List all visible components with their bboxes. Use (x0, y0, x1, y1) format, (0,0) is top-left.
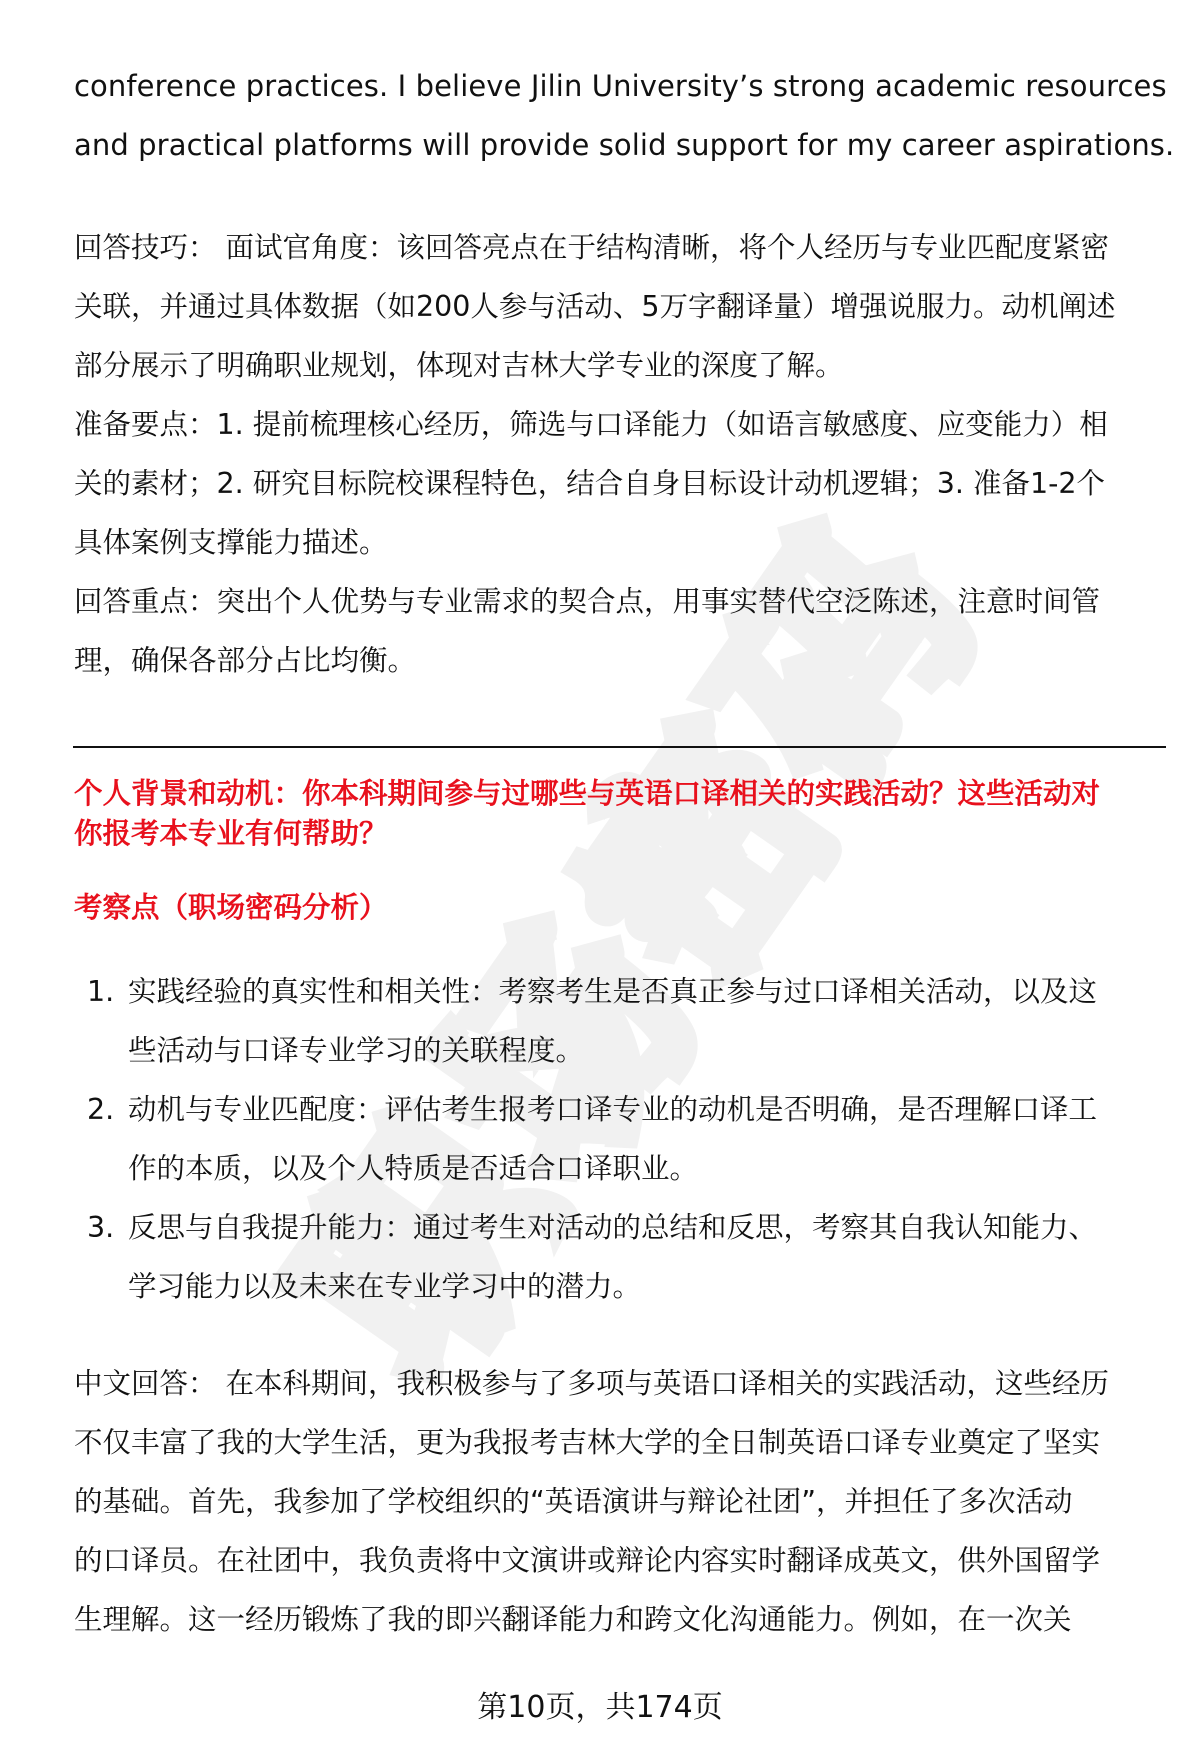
list-item-text: 动机与专业匹配度：评估考生报考口译专业的动机是否明确，是否理解口译工 (128, 1092, 1097, 1128)
list-item-text: 作的本质，以及个人特质是否适合口译职业。 (128, 1151, 698, 1187)
question-heading-line: 个人背景和动机：你本科期间参与过哪些与英语口译相关的实践活动？这些活动对 (74, 776, 1100, 812)
list-item-text: 些活动与口译专业学习的关联程度。 (128, 1033, 584, 1069)
list-item-text: 反思与自我提升能力：通过考生对活动的总结和反思，考察其自我认知能力、 (128, 1210, 1097, 1246)
question-heading-line: 你报考本专业有何帮助？ (74, 816, 388, 852)
section-divider (73, 746, 1166, 748)
answer-focus-line: 回答重点：突出个人优势与专业需求的契合点，用事实替代空泛陈述，注意时间管 (74, 584, 1100, 620)
chinese-answer-line: 生理解。这一经历锻炼了我的即兴翻译能力和跨文化沟通能力。例如，在一次关 (74, 1602, 1072, 1638)
chinese-answer-line: 不仅丰富了我的大学生活，更为我报考吉林大学的全日制英语口译专业奠定了坚实 (74, 1425, 1100, 1461)
preparation-points-line: 关的素材；2. 研究目标院校课程特色，结合自身目标设计动机逻辑；3. 准备1-2… (74, 466, 1105, 502)
list-item-text: 学习能力以及未来在专业学习中的潜力。 (128, 1269, 641, 1305)
page-number-footer: 第10页，共174页 (0, 1688, 1200, 1728)
answer-tips-line: 关联，并通过具体数据（如200人参与活动、5万字翻译量）增强说服力。动机阐述 (74, 289, 1116, 325)
chinese-answer-line: 的基础。首先，我参加了学校组织的“英语演讲与辩论社团”，并担任了多次活动 (74, 1484, 1073, 1520)
english-answer-line: and practical platforms will provide sol… (74, 127, 1174, 163)
document-page: 职场密码 conference practices. I believe Jil… (0, 0, 1200, 1755)
chinese-answer-line: 中文回答： 在本科期间，我积极参与了多项与英语口译相关的实践活动，这些经历 (74, 1366, 1109, 1402)
list-item-number: 3. (87, 1210, 114, 1246)
answer-tips-line: 回答技巧： 面试官角度：该回答亮点在于结构清晰，将个人经历与专业匹配度紧密 (74, 230, 1109, 266)
english-answer-line: conference practices. I believe Jilin Un… (74, 68, 1167, 104)
assessment-heading: 考察点（职场密码分析） (74, 890, 388, 926)
list-item-text: 实践经验的真实性和相关性：考察考生是否真正参与过口译相关活动，以及这 (128, 974, 1097, 1010)
list-item-number: 1. (87, 974, 114, 1010)
preparation-points-line: 具体案例支撑能力描述。 (74, 525, 388, 561)
answer-focus-line: 理，确保各部分占比均衡。 (74, 643, 416, 679)
list-item-number: 2. (87, 1092, 114, 1128)
preparation-points-line: 准备要点：1. 提前梳理核心经历，筛选与口译能力（如语言敏感度、应变能力）相 (74, 407, 1108, 443)
chinese-answer-line: 的口译员。在社团中，我负责将中文演讲或辩论内容实时翻译成英文，供外国留学 (74, 1543, 1100, 1579)
answer-tips-line: 部分展示了明确职业规划，体现对吉林大学专业的深度了解。 (74, 348, 844, 384)
